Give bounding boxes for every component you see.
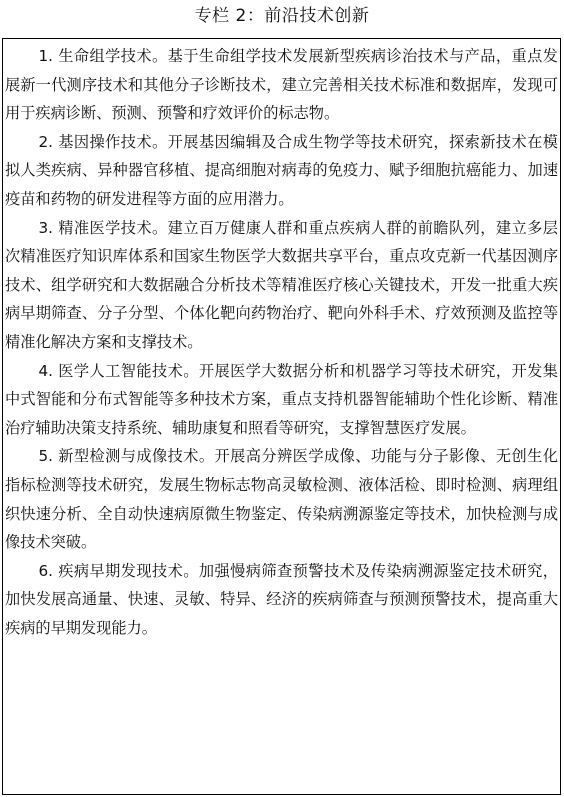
section-precision-medicine: 3. 精准医学技术。建立百万健康人群和重点疾病人群的前瞻队列，建立多层次精准医疗… (5, 214, 558, 357)
section-life-omics: 1. 生命组学技术。基于生命组学技术发展新型疾病诊治技术与产品，重点发展新一代测… (5, 42, 558, 128)
section-gene-manipulation: 2. 基因操作技术。开展基因编辑及合成生物学等技术研究，探索新技术在模拟人类疾病… (5, 128, 558, 214)
section-medical-ai: 4. 医学人工智能技术。开展医学大数据分析和机器学习等技术研究，开发集中式智能和… (5, 357, 558, 443)
column-box: 1. 生命组学技术。基于生命组学技术发展新型疾病诊治技术与产品，重点发展新一代测… (2, 38, 561, 795)
column-content: 1. 生命组学技术。基于生命组学技术发展新型疾病诊治技术与产品，重点发展新一代测… (5, 42, 558, 642)
section-detection-imaging: 5. 新型检测与成像技术。开展高分辨医学成像、功能与分子影像、无创生化指标检测等… (5, 442, 558, 556)
column-title: 专栏 2：前沿技术创新 (0, 3, 564, 29)
section-early-detection: 6. 疾病早期发现技术。加强慢病筛查预警技术及传染病溯源鉴定技术研究，加快发展高… (5, 557, 558, 643)
